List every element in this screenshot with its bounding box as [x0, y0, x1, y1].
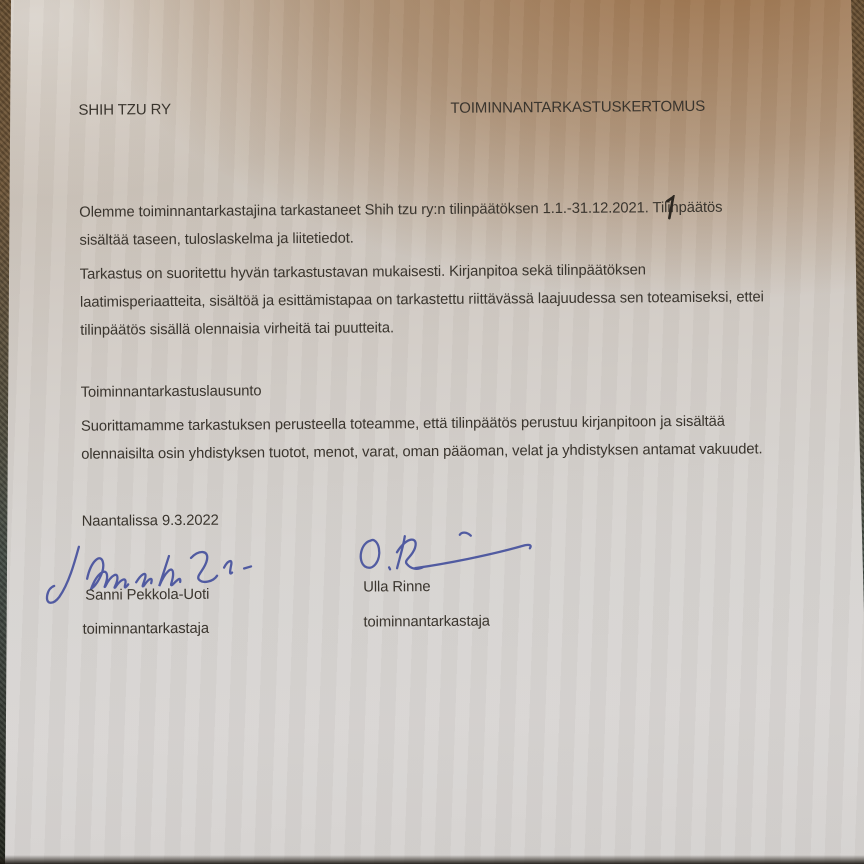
- document-content: SHIH TZU RY TOIMINNANTARKASTUSKERTOMUS O…: [0, 0, 864, 864]
- handwritten-year-correction-ink: [662, 195, 678, 221]
- section-heading: Toiminnantarkastuslausunto: [81, 377, 262, 406]
- signer-role-1: toiminnantarkastaja: [82, 615, 209, 644]
- signer-role-2: toiminnantarkastaja: [363, 608, 490, 637]
- document-title: TOIMINNANTARKASTUSKERTOMUS: [450, 93, 705, 123]
- signer-name-1: Sanni Pekkola-Uoti: [85, 581, 209, 610]
- photo-bottom-shadow: [0, 855, 864, 864]
- organization-name: SHIH TZU RY: [78, 96, 171, 125]
- date-line: Naantalissa 9.3.2022: [82, 507, 219, 536]
- document-photo: SHIH TZU RY TOIMINNANTARKASTUSKERTOMUS O…: [0, 0, 864, 864]
- paragraph-statement: Suorittamamme tarkastuksen perusteella t…: [81, 407, 841, 469]
- paragraph-audit-method: Tarkastus on suoritettu hyvän tarkastust…: [80, 255, 841, 345]
- signer-name-2: Ulla Rinne: [363, 573, 430, 602]
- paper-sheet: SHIH TZU RY TOIMINNANTARKASTUSKERTOMUS O…: [0, 0, 864, 864]
